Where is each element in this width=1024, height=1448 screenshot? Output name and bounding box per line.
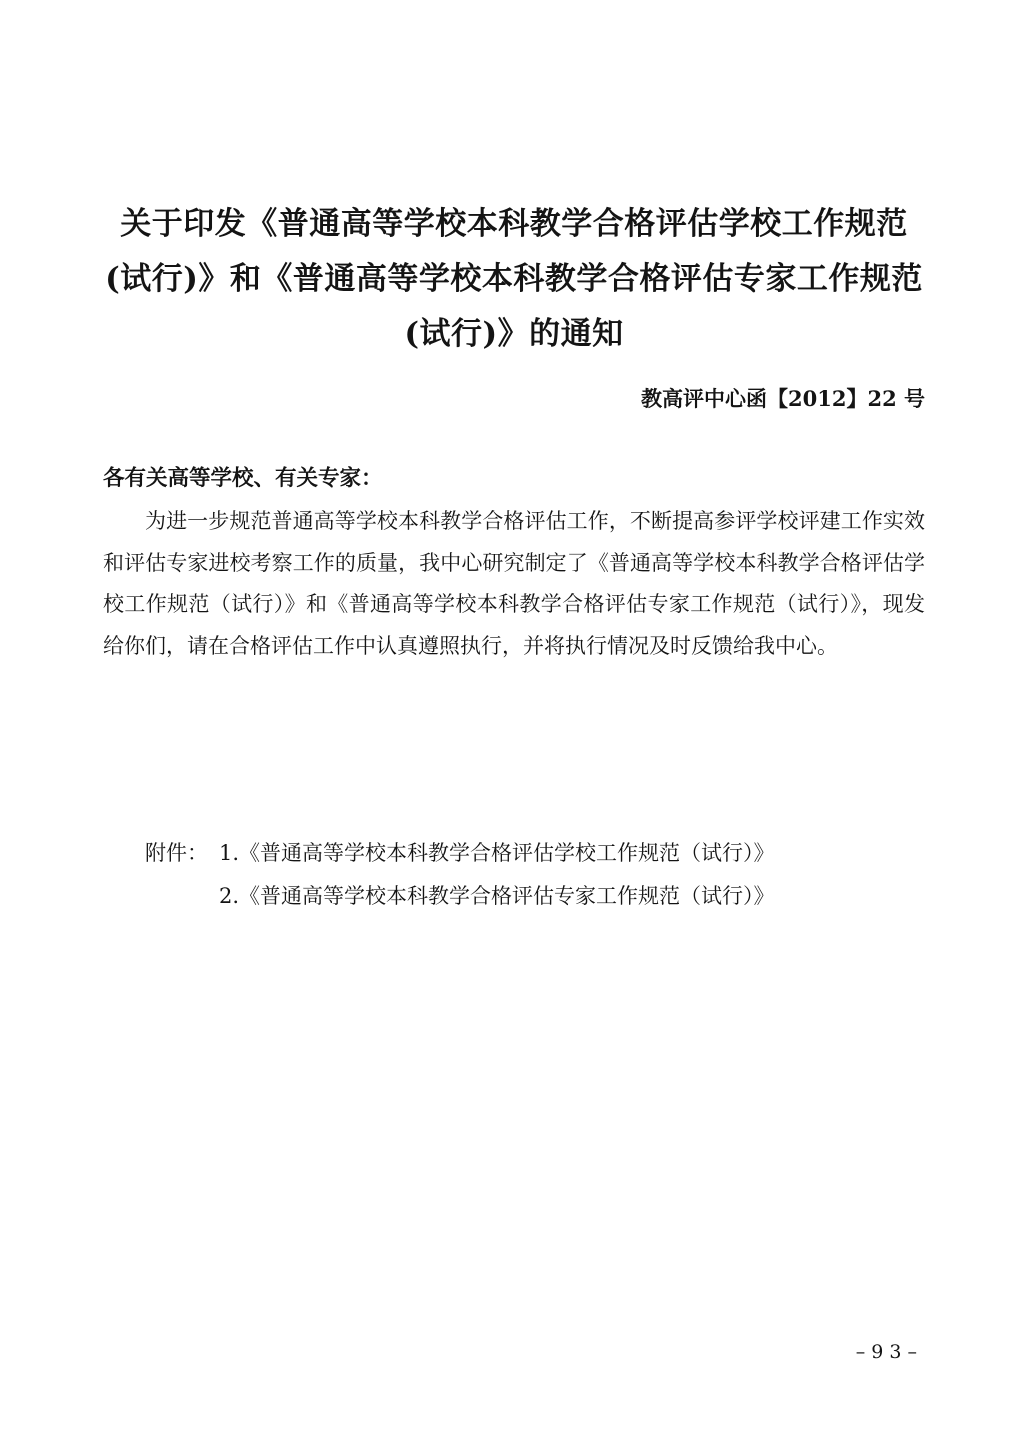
- page-number: – 9 3 –: [856, 1340, 917, 1364]
- document-content: 关于印发《普通高等学校本科教学合格评估学校工作规范 (试行)》和《普通高等学校本…: [103, 0, 925, 1448]
- attachments-section: 附件： 1.《普通高等学校本科教学合格评估学校工作规范（试行）》 2.《普通高等…: [145, 832, 925, 918]
- attachments-label: 附件：: [145, 832, 219, 875]
- attachment-item-2: 2.《普通高等学校本科教学合格评估专家工作规范（试行）》: [219, 875, 775, 918]
- body-paragraph: 为进一步规范普通高等学校本科教学合格评估工作，不断提高参评学校评建工作实效和评估…: [103, 501, 925, 667]
- document-page: 关于印发《普通高等学校本科教学合格评估学校工作规范 (试行)》和《普通高等学校本…: [0, 0, 1024, 1448]
- document-title: 关于印发《普通高等学校本科教学合格评估学校工作规范 (试行)》和《普通高等学校本…: [103, 197, 925, 362]
- document-number: 教高评中心函【2012】22 号: [641, 384, 925, 414]
- document-title-line-1: 关于印发《普通高等学校本科教学合格评估学校工作规范: [103, 197, 925, 252]
- document-title-line-2: (试行)》和《普通高等学校本科教学合格评估专家工作规范: [103, 252, 925, 307]
- salutation: 各有关高等学校、有关专家：: [103, 464, 383, 494]
- attachments-label-spacer: [145, 875, 219, 918]
- document-title-line-3: (试行)》的通知: [103, 307, 925, 362]
- attachment-row: 2.《普通高等学校本科教学合格评估专家工作规范（试行）》: [145, 875, 925, 918]
- attachment-item-1: 1.《普通高等学校本科教学合格评估学校工作规范（试行）》: [219, 832, 775, 875]
- attachment-row: 附件： 1.《普通高等学校本科教学合格评估学校工作规范（试行）》: [145, 832, 925, 875]
